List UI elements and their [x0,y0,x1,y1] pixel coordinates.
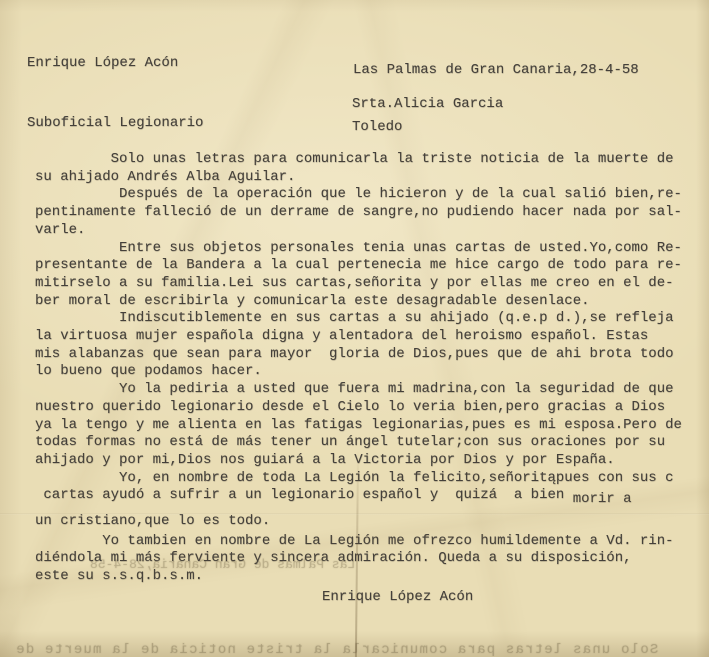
letter-line: este su s.s.q.b.s.m. [35,568,682,586]
letter-line: Entre sus objetos personales tenia unas … [35,240,682,258]
bleedthrough-text-bottom: Solo unas letras para comunicarla la tri… [15,642,658,657]
sender-title: Suboficial Legionario [27,113,203,133]
letter-line: varle. [35,222,682,240]
letter-body: Solo unas letras para comunicarla la tri… [35,151,682,586]
letter-line: Yo tambien en nombre de La Legión me ofr… [35,533,682,551]
letter-line: lo bueno que podamos hacer. [35,363,682,381]
letter-line: diéndola mi más ferviente y sincera admi… [35,550,682,568]
letter-line: su ahijado Andrés Alba Aguilar. [35,169,682,187]
letter-line: todas formas no está de más tener un áng… [35,434,682,452]
letter-line: cartas ayudó a sufrir a un legionario es… [35,487,682,505]
letter-line: mis alabanzas que sean para mayor gloria… [35,346,682,364]
sender-name: Enrique López Acón [27,53,203,73]
letter-line: ya la tengo y me alienta en las fatigas … [35,417,682,435]
recipient-city: Toledo [352,119,402,135]
letter-line: ahijado y por mi,Dios nos guiará a la Vi… [35,452,682,470]
letter-line: Después de la operación que le hicieron … [35,186,682,204]
baseline-shifted-text: morir a [573,491,632,507]
sender-block: Enrique López Acón Suboficial Legionario [27,13,203,173]
letter-page: Las Palmas de Gran Canaria,28-4-58 Solo … [0,0,709,657]
recipient-name: Srta.Alicia Garcia [352,96,503,112]
letter-line: la virtuosa mujer española digna y alent… [35,328,682,346]
letter-line: ber moral de escribirla y comunicarla es… [35,293,682,311]
letter-line: presentante de la Bandera a la cual pert… [35,257,682,275]
letter-line: Solo unas letras para comunicarla la tri… [35,151,682,169]
letter-line: pentinamente falleció de un derrame de s… [35,204,682,222]
letter-line: Indiscutiblemente en sus cartas a su ahi… [35,310,682,328]
letter-line: Yo, en nombre de toda La Legión la felic… [35,470,682,488]
letter-line: nuestro querido legionario desde el Ciel… [35,399,682,417]
signature: Enrique López Acón [322,589,473,605]
letter-line: un cristiano,que lo es todo. [35,513,682,531]
letter-line: mitirselo a su familia.Lei sus cartas,se… [35,275,682,293]
letter-line: Yo la pediria a usted que fuera mi madri… [35,381,682,399]
dateline: Las Palmas de Gran Canaria,28-4-58 [353,62,639,78]
